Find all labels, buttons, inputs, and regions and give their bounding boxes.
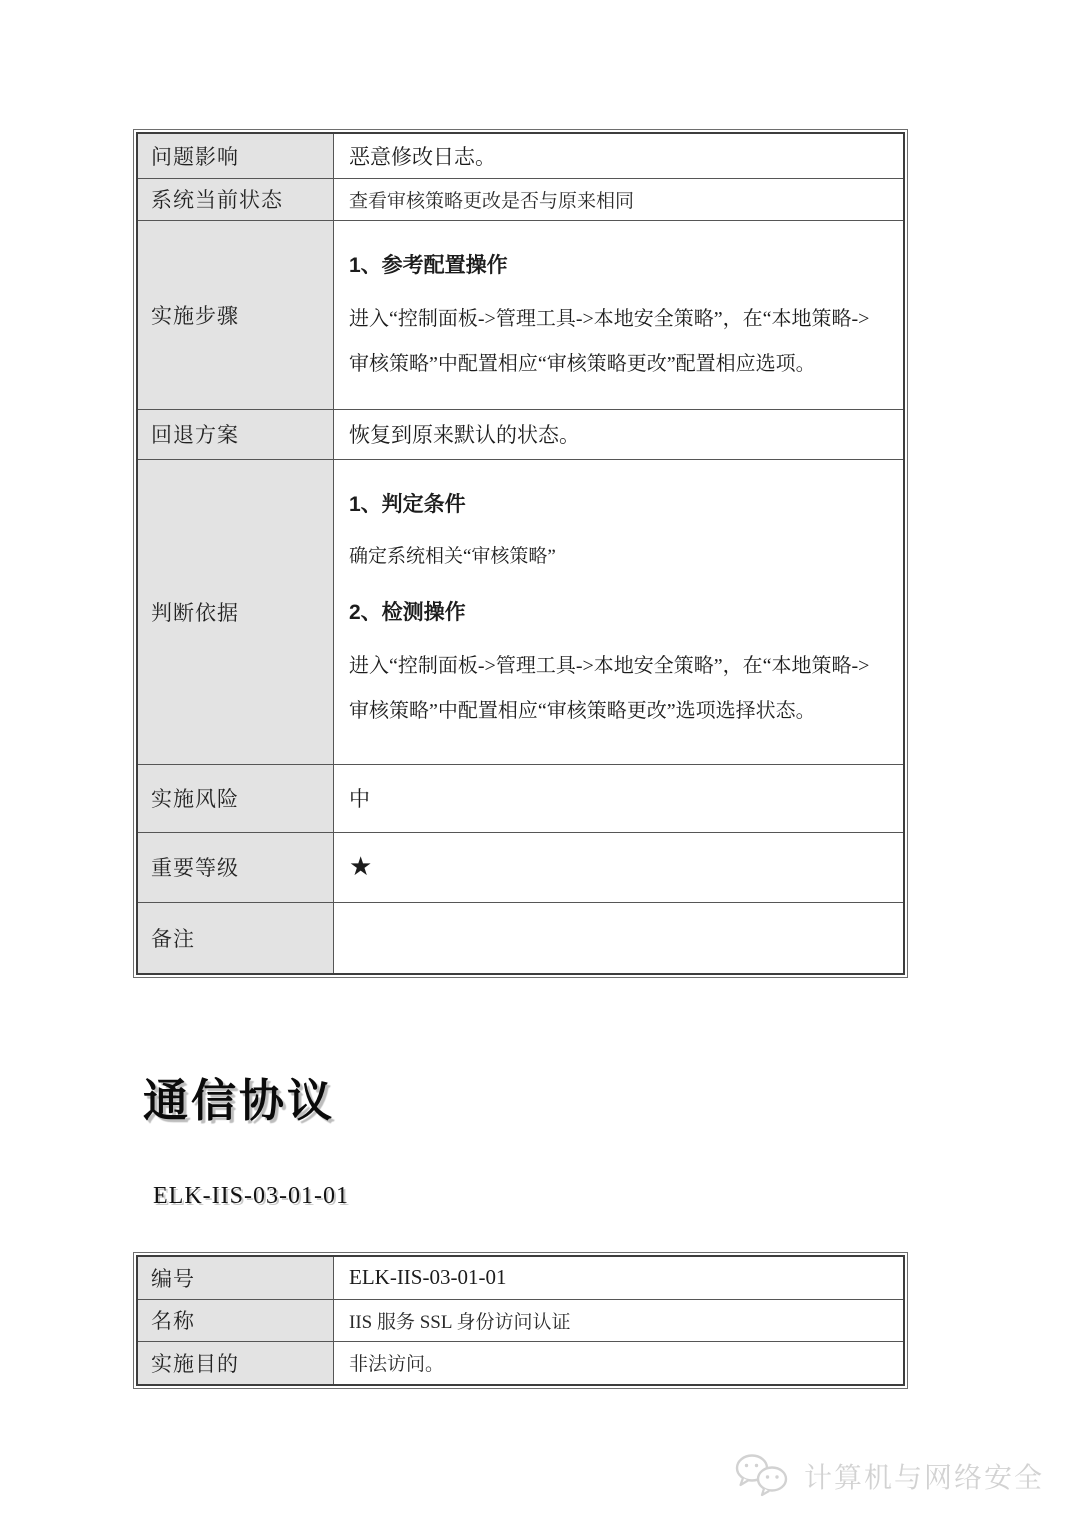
wechat-icon bbox=[734, 1453, 792, 1499]
row-value-text: 查看审核策略更改是否与原来相同 bbox=[349, 191, 634, 212]
row-value-text: IIS 服务 SSL 身份访问认证 bbox=[349, 1312, 571, 1333]
row-label: 重要等级 bbox=[137, 832, 334, 902]
document-page: 问题影响 恶意修改日志。 系统当前状态 查看审核策略更改是否与原来相同 实施步骤… bbox=[0, 0, 1080, 1527]
row-label: 判断依据 bbox=[137, 459, 334, 764]
table-row-note: 备注 bbox=[137, 902, 904, 974]
judgement-subheading-1: 1、判定条件 bbox=[349, 488, 887, 518]
detail-table: 问题影响 恶意修改日志。 系统当前状态 查看审核策略更改是否与原来相同 实施步骤… bbox=[133, 129, 908, 978]
section-heading: 通信协议 bbox=[143, 1064, 908, 1129]
protocol-table: 编号 ELK-IIS-03-01-01 名称 IIS 服务 SSL 身份访问认证… bbox=[133, 1252, 908, 1389]
row-value: 查看审核策略更改是否与原来相同 bbox=[334, 178, 905, 220]
table-row-purpose: 实施目的 非法访问。 bbox=[137, 1341, 904, 1385]
row-label: 实施目的 bbox=[137, 1341, 334, 1385]
watermark-text: 计算机与网络安全 bbox=[804, 1456, 1044, 1496]
document-content: 问题影响 恶意修改日志。 系统当前状态 查看审核策略更改是否与原来相同 实施步骤… bbox=[133, 129, 908, 1389]
table-row-risk: 实施风险 中 bbox=[137, 764, 904, 832]
judgement-subheading-2: 2、检测操作 bbox=[349, 596, 887, 626]
star-icon: ★ bbox=[349, 852, 372, 881]
table-row-impact: 问题影响 恶意修改日志。 bbox=[137, 133, 904, 178]
row-value: ELK-IIS-03-01-01 bbox=[334, 1256, 905, 1299]
table-row-rollback: 回退方案 恢复到原来默认的状态。 bbox=[137, 409, 904, 459]
row-value bbox=[334, 902, 905, 974]
row-label: 名称 bbox=[137, 1299, 334, 1341]
table-row-name: 名称 IIS 服务 SSL 身份访问认证 bbox=[137, 1299, 904, 1341]
table-row-id: 编号 ELK-IIS-03-01-01 bbox=[137, 1256, 904, 1299]
row-value: 非法访问。 bbox=[334, 1341, 905, 1385]
table-row-current-status: 系统当前状态 查看审核策略更改是否与原来相同 bbox=[137, 178, 904, 220]
row-value: 中 bbox=[334, 764, 905, 832]
judgement-paragraph-2: 进入“控制面板->管理工具->本地安全策略”，在“本地策略->审核策略”中配置相… bbox=[349, 644, 887, 734]
row-label: 实施风险 bbox=[137, 764, 334, 832]
row-value: IIS 服务 SSL 身份访问认证 bbox=[334, 1299, 905, 1341]
steps-subheading: 1、参考配置操作 bbox=[349, 249, 887, 279]
row-value: 恢复到原来默认的状态。 bbox=[334, 409, 905, 459]
table-row-level: 重要等级 ★ bbox=[137, 832, 904, 902]
row-value: 恶意修改日志。 bbox=[334, 133, 905, 178]
row-label: 系统当前状态 bbox=[137, 178, 334, 220]
row-label: 问题影响 bbox=[137, 133, 334, 178]
steps-paragraph: 进入“控制面板->管理工具->本地安全策略”，在“本地策略->审核策略”中配置相… bbox=[349, 297, 887, 387]
row-label: 实施步骤 bbox=[137, 220, 334, 409]
row-label: 备注 bbox=[137, 902, 334, 974]
row-value: 1、参考配置操作 进入“控制面板->管理工具->本地安全策略”，在“本地策略->… bbox=[334, 220, 905, 409]
section-subheading: ELK-IIS-03-01-01 bbox=[153, 1183, 908, 1210]
row-value-text: 非法访问。 bbox=[349, 1354, 444, 1375]
row-value: 1、判定条件 确定系统相关“审核策略” 2、检测操作 进入“控制面板->管理工具… bbox=[334, 459, 905, 764]
brand-watermark: 计算机与网络安全 bbox=[734, 1453, 1044, 1499]
judgement-paragraph-1: 确定系统相关“审核策略” bbox=[349, 544, 887, 571]
row-label: 回退方案 bbox=[137, 409, 334, 459]
table-row-judgement: 判断依据 1、判定条件 确定系统相关“审核策略” 2、检测操作 进入“控制面板-… bbox=[137, 459, 904, 764]
table-row-steps: 实施步骤 1、参考配置操作 进入“控制面板->管理工具->本地安全策略”，在“本… bbox=[137, 220, 904, 409]
row-value: ★ bbox=[334, 832, 905, 902]
row-label: 编号 bbox=[137, 1256, 334, 1299]
